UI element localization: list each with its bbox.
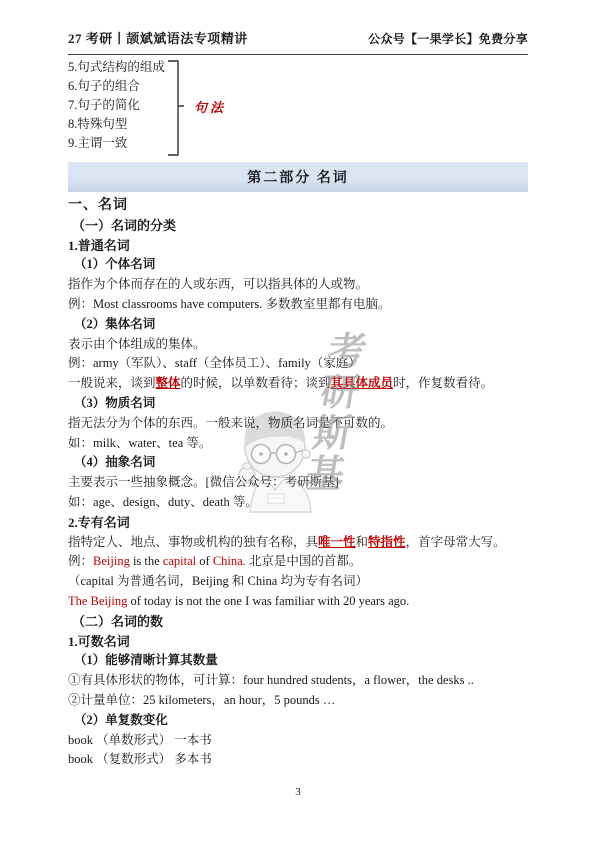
heading-noun-classification: （一）名词的分类 — [68, 216, 536, 236]
highlight-uniqueness: 唯一性 — [318, 535, 356, 549]
brace-label: 句法 — [194, 97, 226, 116]
highlight-china: China. — [213, 554, 246, 568]
paragraph-proper-example-2: The Beijing of today is not the one I wa… — [68, 592, 536, 612]
heading-countable-noun: 1.可数名词 — [68, 632, 536, 652]
header-share-credit: 公众号【一果学长】免费分享 — [368, 30, 528, 47]
document-body: 一、名词 （一）名词的分类 1.普通名词 （1）个体名词 指作为个体而存在的人或… — [68, 196, 536, 770]
text-segment: of today is not the one I was familiar w… — [127, 594, 409, 608]
highlight-specificity: 特指性 — [368, 535, 406, 549]
paragraph-material-example: 如：milk、water、tea 等。 — [68, 434, 536, 454]
text-segment: ，首字母常大写。 — [406, 535, 506, 549]
paragraph-count-item-2: ②计量单位：25 kilometers，an hour，5 pounds … — [68, 691, 536, 711]
paragraph-individual-definition: 指作为个体而存在的人或东西，可以指具体的人或物。 — [68, 275, 536, 295]
section-title: 第二部分 名词 — [247, 167, 349, 187]
page-footer: 3 — [0, 786, 596, 798]
page-number: 3 — [295, 786, 301, 798]
paragraph-count-item-1: ①有具体形状的物体，可计算：four hundred students，a fl… — [68, 671, 536, 691]
highlight-members: 其具体成员 — [331, 376, 394, 390]
text-segment: 的时候，以单数看待；谈到 — [181, 376, 331, 390]
heading-collective-noun: （2）集体名词 — [68, 315, 536, 335]
paragraph-collective-example: 例：army（军队）、staff（全体员工）、family（家庭） — [68, 354, 536, 374]
syntax-outline: 5.句式结构的组成 6.句子的组合 7.句子的简化 8.特殊句型 9.主谓一致 … — [68, 58, 368, 158]
paragraph-abstract-definition: 主要表示一些抽象概念。[微信公众号：考研斯基] — [68, 473, 536, 493]
paragraph-proper-example: 例：Beijing is the capital of China. 北京是中国… — [68, 552, 536, 572]
outline-item-5: 5.句式结构的组成 — [68, 58, 368, 77]
brace-icon — [166, 60, 186, 156]
highlight-the-beijing: The Beijing — [68, 594, 127, 608]
heading-count-clearly: （1）能够清晰计算其数量 — [68, 651, 536, 671]
text-segment: of — [196, 554, 213, 568]
section-banner: 第二部分 名词 — [68, 162, 528, 192]
paragraph-collective-definition: 表示由个体组成的集体。 — [68, 335, 536, 355]
heading-noun: 一、名词 — [68, 196, 536, 216]
heading-noun-number: （二）名词的数 — [68, 612, 536, 632]
text-segment: is the — [130, 554, 163, 568]
paragraph-abstract-example: 如：age、design、duty、death 等。 — [68, 493, 536, 513]
heading-individual-noun: （1）个体名词 — [68, 255, 536, 275]
paragraph-book-plural: book （复数形式） 多本书 — [68, 750, 536, 770]
heading-abstract-noun: （4）抽象名词 — [68, 453, 536, 473]
page-header: 27 考研丨颉斌斌语法专项精讲 公众号【一果学长】免费分享 — [68, 28, 528, 55]
heading-singular-plural: （2）单复数变化 — [68, 711, 536, 731]
text-segment: 和 — [356, 535, 369, 549]
document-page: 27 考研丨颉斌斌语法专项精讲 公众号【一果学长】免费分享 5.句式结构的组成 … — [0, 0, 596, 842]
outline-item-6: 6.句子的组合 — [68, 77, 368, 96]
heading-common-noun: 1.普通名词 — [68, 236, 536, 256]
text-segment: 指特定人、地点、事物或机构的独有名称，具 — [68, 535, 318, 549]
highlight-beijing: Beijing — [93, 554, 130, 568]
text-segment: 时，作复数看待。 — [393, 376, 493, 390]
paragraph-collective-rule: 一般说来，谈到整体的时候，以单数看待；谈到其具体成员时，作复数看待。 — [68, 374, 536, 394]
paragraph-book-singular: book （单数形式） 一本书 — [68, 731, 536, 751]
paragraph-material-definition: 指无法分为个体的东西。一般来说，物质名词是不可数的。 — [68, 414, 536, 434]
heading-proper-noun: 2.专有名词 — [68, 513, 536, 533]
highlight-whole: 整体 — [156, 376, 181, 390]
outline-item-8: 8.特殊句型 — [68, 115, 368, 134]
header-course-title: 27 考研丨颉斌斌语法专项精讲 — [68, 28, 248, 47]
paragraph-proper-definition: 指特定人、地点、事物或机构的独有名称，具唯一性和特指性，首字母常大写。 — [68, 533, 536, 553]
paragraph-individual-example: 例：Most classrooms have computers. 多数教室里都… — [68, 295, 536, 315]
text-segment: 例： — [68, 554, 93, 568]
heading-material-noun: （3）物质名词 — [68, 394, 536, 414]
highlight-capital: capital — [163, 554, 196, 568]
text-segment: 一般说来，谈到 — [68, 376, 156, 390]
paragraph-proper-note: （capital 为普通名词，Beijing 和 China 均为专有名词） — [68, 572, 536, 592]
text-segment: 北京是中国的首都。 — [246, 554, 362, 568]
outline-item-9: 9.主谓一致 — [68, 134, 368, 153]
